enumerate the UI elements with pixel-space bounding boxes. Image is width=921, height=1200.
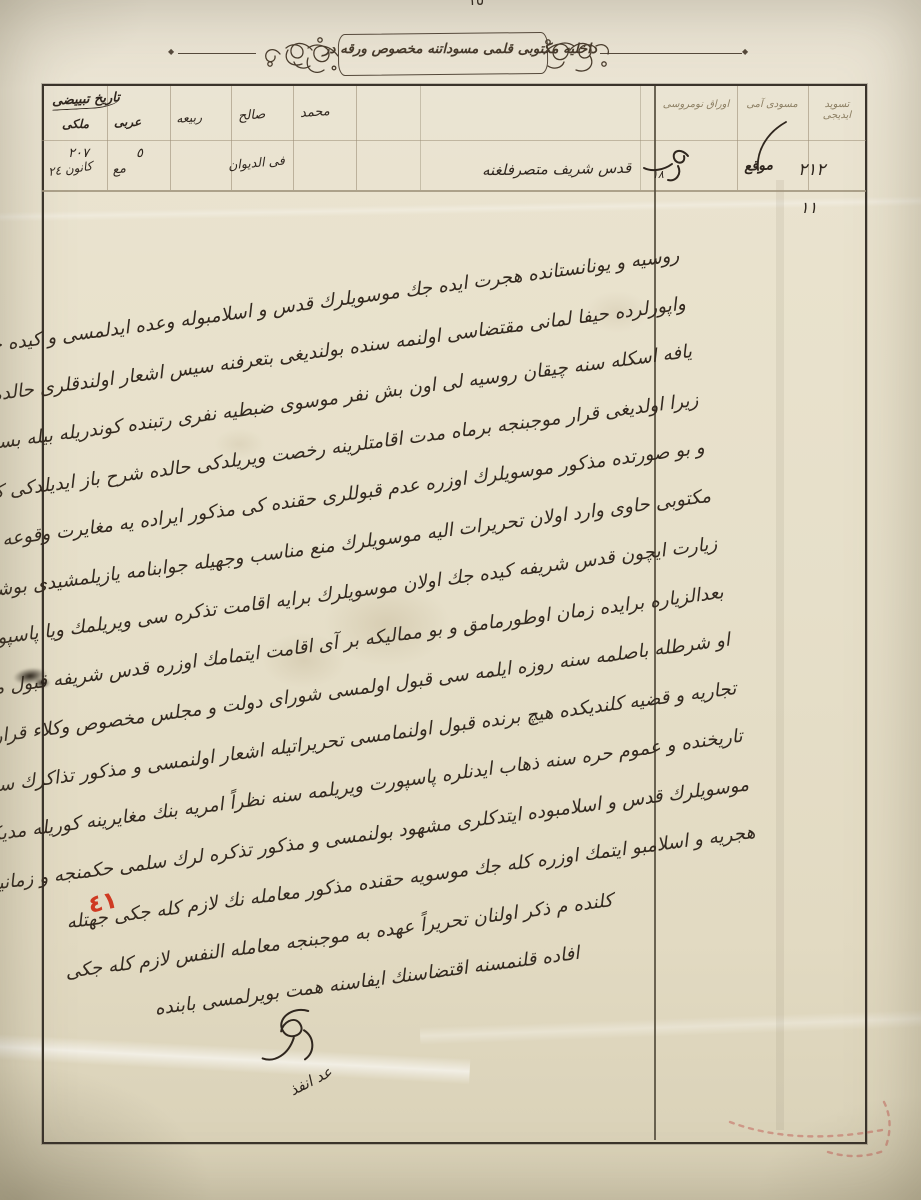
col-label-musevvidi: مسودى آمى bbox=[740, 100, 804, 111]
letterhead-diamond-left: ◆ bbox=[168, 47, 174, 56]
table-col-line bbox=[293, 86, 294, 190]
col-label-tesvid-edici: تسويد ايديجى bbox=[810, 100, 864, 121]
top-partial-mark: ١٥ bbox=[468, 0, 484, 9]
clerk-name-3: محمد bbox=[300, 104, 331, 121]
table-line-bottom bbox=[42, 190, 866, 192]
clerk-name-2: صالح bbox=[238, 107, 266, 124]
table-col-line bbox=[420, 86, 421, 190]
letterhead-rule-left bbox=[178, 53, 256, 54]
letterhead-diamond-right: ◆ bbox=[742, 47, 748, 56]
evrak-number-below: ١١ bbox=[800, 198, 817, 217]
clerk-signature-number: ١٨ bbox=[652, 168, 664, 181]
date-subcol-label-mali: ملكى bbox=[62, 117, 89, 131]
table-col-line bbox=[170, 86, 171, 190]
letterhead-calligraphy: داخليه مكتوبى قلمى مسوداتنه مخصوص ورقه د… bbox=[312, 41, 608, 57]
date-subcol-label-arabi: عربى bbox=[114, 115, 141, 129]
table-col-line bbox=[231, 86, 232, 190]
mevki-word: موقع bbox=[744, 157, 774, 174]
col-label-evrak-numarasi: اوراق نومروسى bbox=[658, 100, 734, 111]
body-text-block: روسيه و يونانستانده هجرت ايده جك موسويلر… bbox=[34, 232, 771, 1038]
red-stamp-remnant-icon bbox=[716, 1090, 906, 1180]
ink-blot bbox=[34, 678, 50, 688]
date-value-arabi-1: ٥ bbox=[136, 146, 143, 161]
address-cell: قدس شريف متصرفلغنه bbox=[482, 159, 632, 180]
table-col-line bbox=[356, 86, 357, 190]
document-page: ١٥ ◆ ◆ داخليه مكتوبى قلمى مسوداتنه مخ bbox=[0, 0, 921, 1200]
date-value-arabi-2: مع bbox=[111, 161, 127, 178]
red-archive-number: ٤١ bbox=[85, 885, 119, 918]
letterhead-rule-right bbox=[600, 53, 742, 54]
clerk-name-1: ربيعه bbox=[176, 109, 203, 126]
evrak-number: ٢١٢ bbox=[798, 160, 825, 180]
mevki-flourish-icon bbox=[736, 118, 806, 188]
clerk-signature-squiggle-icon bbox=[636, 142, 694, 186]
